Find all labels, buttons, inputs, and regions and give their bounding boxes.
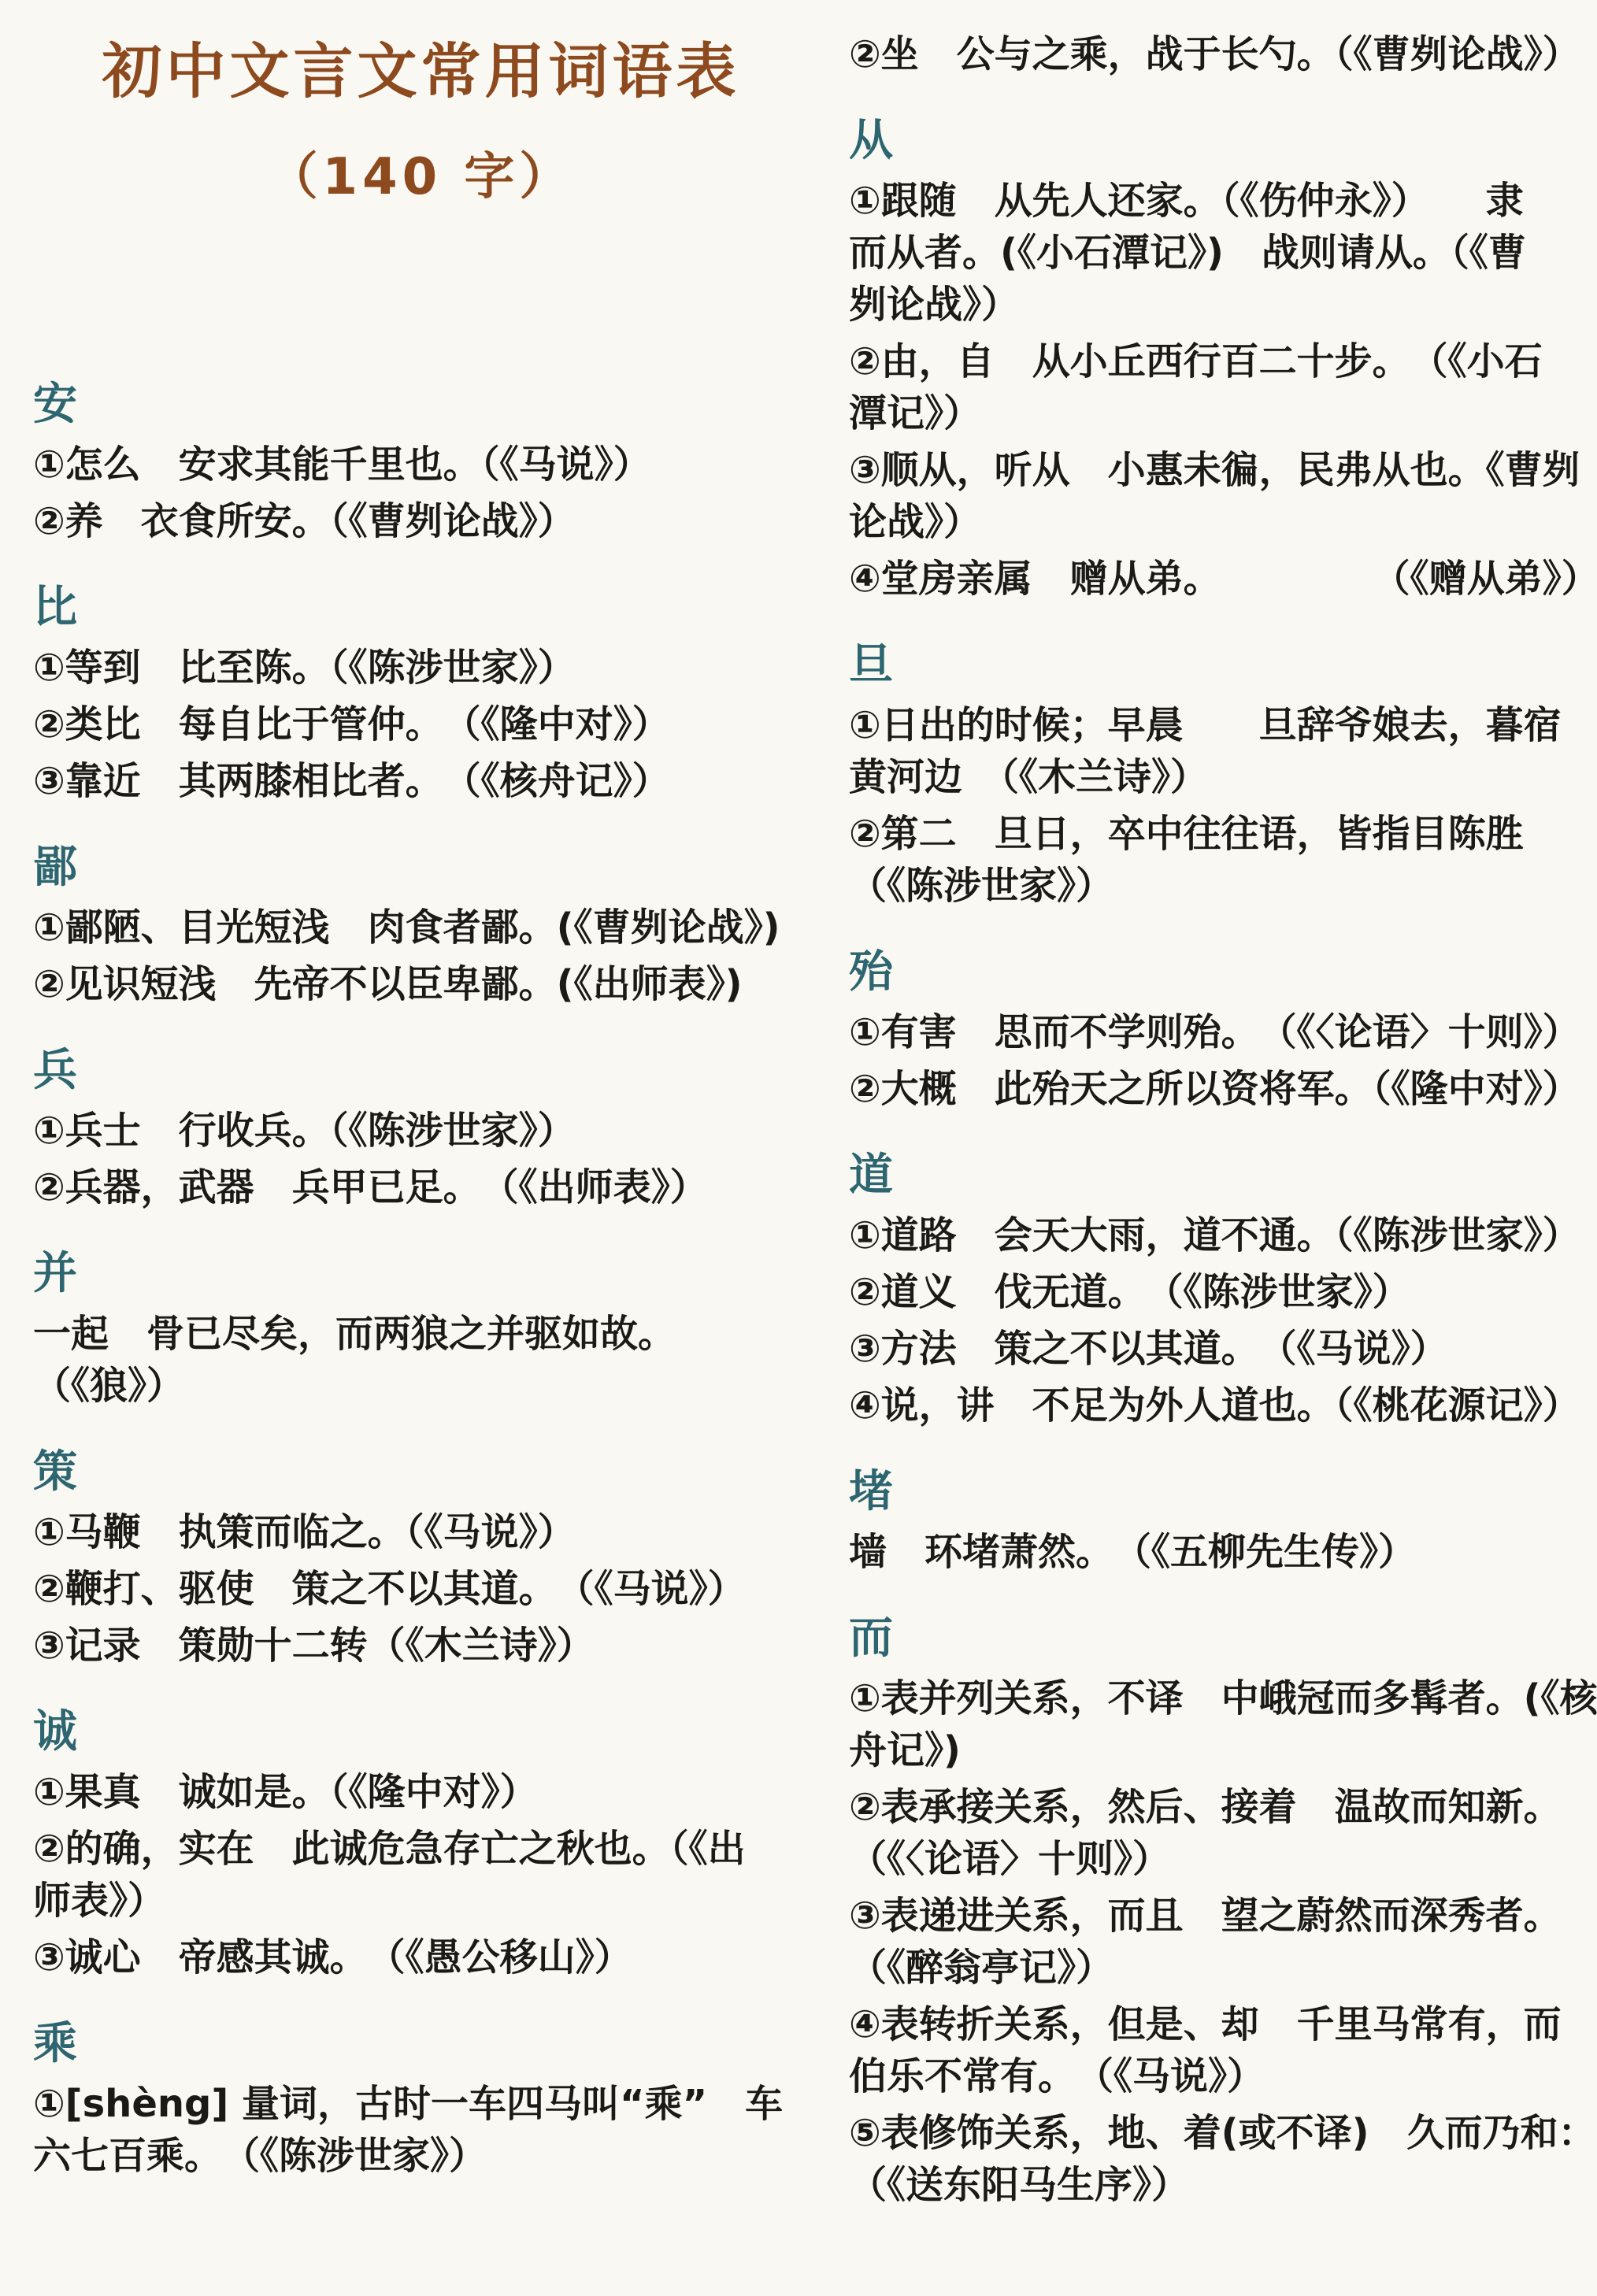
entry-line: ③顺从，听从 小惠未徧，民弗从也。《曹刿 — [849, 444, 1589, 496]
section-head: 比 — [33, 583, 809, 632]
entry: ⑤表修饰关系，地、着(或不译) 久而乃和：（《送东阳马生序》） — [849, 2107, 1589, 2211]
section-从: 从①跟随 从先人还家。（《伤仲永》） 隶而从者。(《小石潭记》) 战则请从。（《… — [849, 117, 1589, 605]
section-head: 诚 — [33, 1708, 809, 1757]
entry-line: ①道路 会天大雨，道不通。（《陈涉世家》） — [849, 1209, 1589, 1261]
section-head: 从 — [849, 117, 1589, 165]
entry-line: ①[shèng] 量词，古时一车四马叫“乘” 车 — [33, 2078, 809, 2130]
entry-line: ③诚心 帝感其诚。 （《愚公移山》） — [33, 1931, 809, 1983]
entry-line: 刿论战》） — [849, 279, 1589, 331]
entry-line: ②的确，实在 此诚危急存亡之秋也。（《出 — [33, 1823, 809, 1875]
entry: ②表承接关系，然后、接着 温故而知新。（《〈论语〉十则》） — [849, 1781, 1589, 1885]
right-column: ②坐 公与之乘，战于长勺。（《曹刿论战》）从①跟随 从先人还家。（《伤仲永》） … — [849, 0, 1589, 2247]
entry-line: ②兵器，武器 兵甲已足。 （《出师表》） — [33, 1161, 809, 1213]
entry-line: ①鄙陋、目光短浅 肉食者鄙。(《曹刿论战》) — [33, 902, 809, 954]
section-兵: 兵①兵士 行收兵。（《陈涉世家》）②兵器，武器 兵甲已足。 （《出师表》） — [33, 1046, 809, 1213]
right-sections: ②坐 公与之乘，战于长勺。（《曹刿论战》）从①跟随 从先人还家。（《伤仲永》） … — [849, 28, 1589, 2211]
section-head: 并 — [33, 1250, 809, 1298]
entry: ①[shèng] 量词，古时一车四马叫“乘” 车六七百乘。 （《陈涉世家》） — [33, 2078, 809, 2182]
section-head: 旦 — [849, 641, 1589, 690]
entry: ④说，讲 不足为外人道也。（《桃花源记》） — [849, 1379, 1589, 1431]
entry-line: 论战》） — [849, 496, 1589, 548]
entry: ①道路 会天大雨，道不通。（《陈涉世家》） — [849, 1209, 1589, 1261]
entry-line: ①表并列关系，不译 中峨冠而多髯者。(《核 — [849, 1672, 1589, 1724]
entry-line: ②鞭打、驱使 策之不以其道。 （《马说》） — [33, 1563, 809, 1615]
entry-line: ①等到 比至陈。（《陈涉世家》） — [33, 642, 809, 694]
entry-line: ①怎么 安求其能千里也。（《马说》） — [33, 439, 809, 491]
entry-line: ①有害 思而不学则殆。 （《〈论语〉十则》） — [849, 1006, 1589, 1058]
section-旦: 旦①日出的时候；早晨 旦辞爷娘去，暮宿黄河边 （《木兰诗》）②第二 旦日，卒中往… — [849, 641, 1589, 912]
entry-line: ④堂房亲属 赠从弟。 （《赠从弟》） — [849, 553, 1589, 605]
entry-line: ④说，讲 不足为外人道也。（《桃花源记》） — [849, 1379, 1589, 1431]
entry-line: 舟记》) — [849, 1724, 1589, 1776]
entry-line: ③表递进关系，而且 望之蔚然而深秀者。 — [849, 1890, 1589, 1942]
entry: 墙 环堵萧然。 （《五柳先生传》） — [849, 1526, 1589, 1578]
entry: ②的确，实在 此诚危急存亡之秋也。（《出师表》） — [33, 1823, 809, 1927]
entry: ①马鞭 执策而临之。（《马说》） — [33, 1506, 809, 1558]
entry: ②坐 公与之乘，战于长勺。（《曹刿论战》） — [849, 28, 1589, 80]
page-subtitle: （140 字） — [33, 136, 809, 209]
entry: ②鞭打、驱使 策之不以其道。 （《马说》） — [33, 1563, 809, 1615]
section-安: 安①怎么 安求其能千里也。（《马说》）②养 衣食所安。（《曹刿论战》） — [33, 380, 809, 547]
entry: ③诚心 帝感其诚。 （《愚公移山》） — [33, 1931, 809, 1983]
entry-line: （《醉翁亭记》） — [849, 1942, 1589, 1994]
entry-line: （《陈涉世家》） — [849, 860, 1589, 912]
entry: ②第二 旦日，卒中往往语，皆指目陈胜（《陈涉世家》） — [849, 808, 1589, 912]
entry: ②兵器，武器 兵甲已足。 （《出师表》） — [33, 1161, 809, 1213]
entry: ②类比 每自比于管仲。 （《隆中对》） — [33, 698, 809, 750]
section-head: 安 — [33, 380, 809, 429]
entry: ①等到 比至陈。（《陈涉世家》） — [33, 642, 809, 694]
entry-line: ②道义 伐无道。 （《陈涉世家》） — [849, 1266, 1589, 1318]
entry-line: 潭记》） — [849, 387, 1589, 439]
entry-line: ①马鞭 执策而临之。（《马说》） — [33, 1506, 809, 1558]
entry: ③靠近 其两膝相比者。 （《核舟记》） — [33, 755, 809, 807]
entry: ②道义 伐无道。 （《陈涉世家》） — [849, 1266, 1589, 1318]
entry-line: ①兵士 行收兵。（《陈涉世家》） — [33, 1105, 809, 1157]
entry: ①果真 诚如是。（《隆中对》） — [33, 1766, 809, 1818]
entry-line: ③方法 策之不以其道。 （《马说》） — [849, 1323, 1589, 1375]
entry: ①怎么 安求其能千里也。（《马说》） — [33, 439, 809, 491]
section-continued: ②坐 公与之乘，战于长勺。（《曹刿论战》） — [849, 28, 1589, 80]
entry: ②大概 此殆天之所以资将军。（《隆中对》） — [849, 1063, 1589, 1115]
entry-line: ②表承接关系，然后、接着 温故而知新。 — [849, 1781, 1589, 1833]
entry: ③顺从，听从 小惠未徧，民弗从也。《曹刿论战》） — [849, 444, 1589, 548]
entry-line: ①果真 诚如是。（《隆中对》） — [33, 1766, 809, 1818]
entry-line: ⑤表修饰关系，地、着(或不译) 久而乃和： — [849, 2107, 1589, 2159]
entry-line: ④表转折关系，但是、却 千里马常有，而 — [849, 1998, 1589, 2050]
entry: ①日出的时候；早晨 旦辞爷娘去，暮宿黄河边 （《木兰诗》） — [849, 699, 1589, 803]
document-page: 初中文言文常用词语表 （140 字） 安①怎么 安求其能千里也。（《马说》）②养… — [0, 0, 1597, 2296]
entry-line: ②第二 旦日，卒中往往语，皆指目陈胜 — [849, 808, 1589, 860]
section-并: 并一起 骨已尽矣，而两狼之并驱如故。（《狼》） — [33, 1250, 809, 1412]
entry: ②由，自 从小丘西行百二十步。 （《小石潭记》） — [849, 335, 1589, 439]
page-title: 初中文言文常用词语表 — [33, 24, 809, 109]
section-head: 兵 — [33, 1046, 809, 1095]
entry: ④表转折关系，但是、却 千里马常有，而伯乐不常有。 （《马说》） — [849, 1998, 1589, 2102]
entry: ③方法 策之不以其道。 （《马说》） — [849, 1323, 1589, 1375]
entry: ①有害 思而不学则殆。 （《〈论语〉十则》） — [849, 1006, 1589, 1058]
section-head: 策 — [33, 1448, 809, 1497]
entry-line: ②坐 公与之乘，战于长勺。（《曹刿论战》） — [849, 28, 1589, 80]
entry: ①兵士 行收兵。（《陈涉世家》） — [33, 1105, 809, 1157]
section-head: 鄙 — [33, 843, 809, 892]
section-堵: 堵墙 环堵萧然。 （《五柳先生传》） — [849, 1468, 1589, 1578]
entry: ③表递进关系，而且 望之蔚然而深秀者。（《醉翁亭记》） — [849, 1890, 1589, 1994]
entry: ④堂房亲属 赠从弟。 （《赠从弟》） — [849, 553, 1589, 605]
section-鄙: 鄙①鄙陋、目光短浅 肉食者鄙。(《曹刿论战》)②见识短浅 先帝不以臣卑鄙。(《出… — [33, 843, 809, 1010]
section-head: 堵 — [849, 1468, 1589, 1516]
section-乘: 乘①[shèng] 量词，古时一车四马叫“乘” 车六七百乘。 （《陈涉世家》） — [33, 2020, 809, 2182]
entry: ②养 衣食所安。（《曹刿论战》） — [33, 495, 809, 547]
entry-line: ③记录 策勋十二转（《木兰诗》） — [33, 1620, 809, 1672]
entry-line: 伯乐不常有。 （《马说》） — [849, 2050, 1589, 2102]
entry: ①表并列关系，不译 中峨冠而多髯者。(《核舟记》) — [849, 1672, 1589, 1776]
entry-line: 一起 骨已尽矣，而两狼之并驱如故。 — [33, 1308, 809, 1360]
section-策: 策①马鞭 执策而临之。（《马说》）②鞭打、驱使 策之不以其道。 （《马说》）③记… — [33, 1448, 809, 1672]
entry-line: （《狼》） — [33, 1360, 809, 1412]
entry-line: （《〈论语〉十则》） — [849, 1833, 1589, 1885]
entry-line: ②类比 每自比于管仲。 （《隆中对》） — [33, 698, 809, 750]
section-head: 殆 — [849, 948, 1589, 997]
entry-line: 师表》） — [33, 1875, 809, 1927]
section-head: 道 — [849, 1151, 1589, 1200]
section-殆: 殆①有害 思而不学则殆。 （《〈论语〉十则》）②大概 此殆天之所以资将军。（《隆… — [849, 948, 1589, 1115]
entry-line: 黄河边 （《木兰诗》） — [849, 751, 1589, 803]
entry-line: ②大概 此殆天之所以资将军。（《隆中对》） — [849, 1063, 1589, 1115]
entry-line: ②养 衣食所安。（《曹刿论战》） — [33, 495, 809, 547]
entry: ①鄙陋、目光短浅 肉食者鄙。(《曹刿论战》) — [33, 902, 809, 954]
entry-line: （《送东阳马生序》） — [849, 2159, 1589, 2211]
entry-line: ①跟随 从先人还家。（《伤仲永》） 隶 — [849, 175, 1589, 227]
entry: 一起 骨已尽矣，而两狼之并驱如故。（《狼》） — [33, 1308, 809, 1412]
section-head: 乘 — [33, 2020, 809, 2068]
entry: ②见识短浅 先帝不以臣卑鄙。(《出师表》) — [33, 958, 809, 1010]
entry-line: 而从者。(《小石潭记》) 战则请从。（《曹 — [849, 227, 1589, 279]
entry-line: ②由，自 从小丘西行百二十步。 （《小石 — [849, 335, 1589, 387]
entry: ③记录 策勋十二转（《木兰诗》） — [33, 1620, 809, 1672]
section-head: 而 — [849, 1614, 1589, 1663]
entry-line: 六七百乘。 （《陈涉世家》） — [33, 2130, 809, 2182]
entry-line: ②见识短浅 先帝不以臣卑鄙。(《出师表》) — [33, 958, 809, 1010]
entry-line: ③靠近 其两膝相比者。 （《核舟记》） — [33, 755, 809, 807]
entry-line: ①日出的时候；早晨 旦辞爷娘去，暮宿 — [849, 699, 1589, 751]
section-诚: 诚①果真 诚如是。（《隆中对》）②的确，实在 此诚危急存亡之秋也。（《出师表》）… — [33, 1708, 809, 1983]
section-而: 而①表并列关系，不译 中峨冠而多髯者。(《核舟记》)②表承接关系，然后、接着 温… — [849, 1614, 1589, 2211]
section-道: 道①道路 会天大雨，道不通。（《陈涉世家》）②道义 伐无道。 （《陈涉世家》）③… — [849, 1151, 1589, 1431]
entry: ①跟随 从先人还家。（《伤仲永》） 隶而从者。(《小石潭记》) 战则请从。（《曹… — [849, 175, 1589, 331]
left-column: 初中文言文常用词语表 （140 字） 安①怎么 安求其能千里也。（《马说》）②养… — [33, 0, 809, 2218]
left-sections: 安①怎么 安求其能千里也。（《马说》）②养 衣食所安。（《曹刿论战》）比①等到 … — [33, 380, 809, 2182]
entry-line: 墙 环堵萧然。 （《五柳先生传》） — [849, 1526, 1589, 1578]
section-比: 比①等到 比至陈。（《陈涉世家》）②类比 每自比于管仲。 （《隆中对》）③靠近 … — [33, 583, 809, 807]
